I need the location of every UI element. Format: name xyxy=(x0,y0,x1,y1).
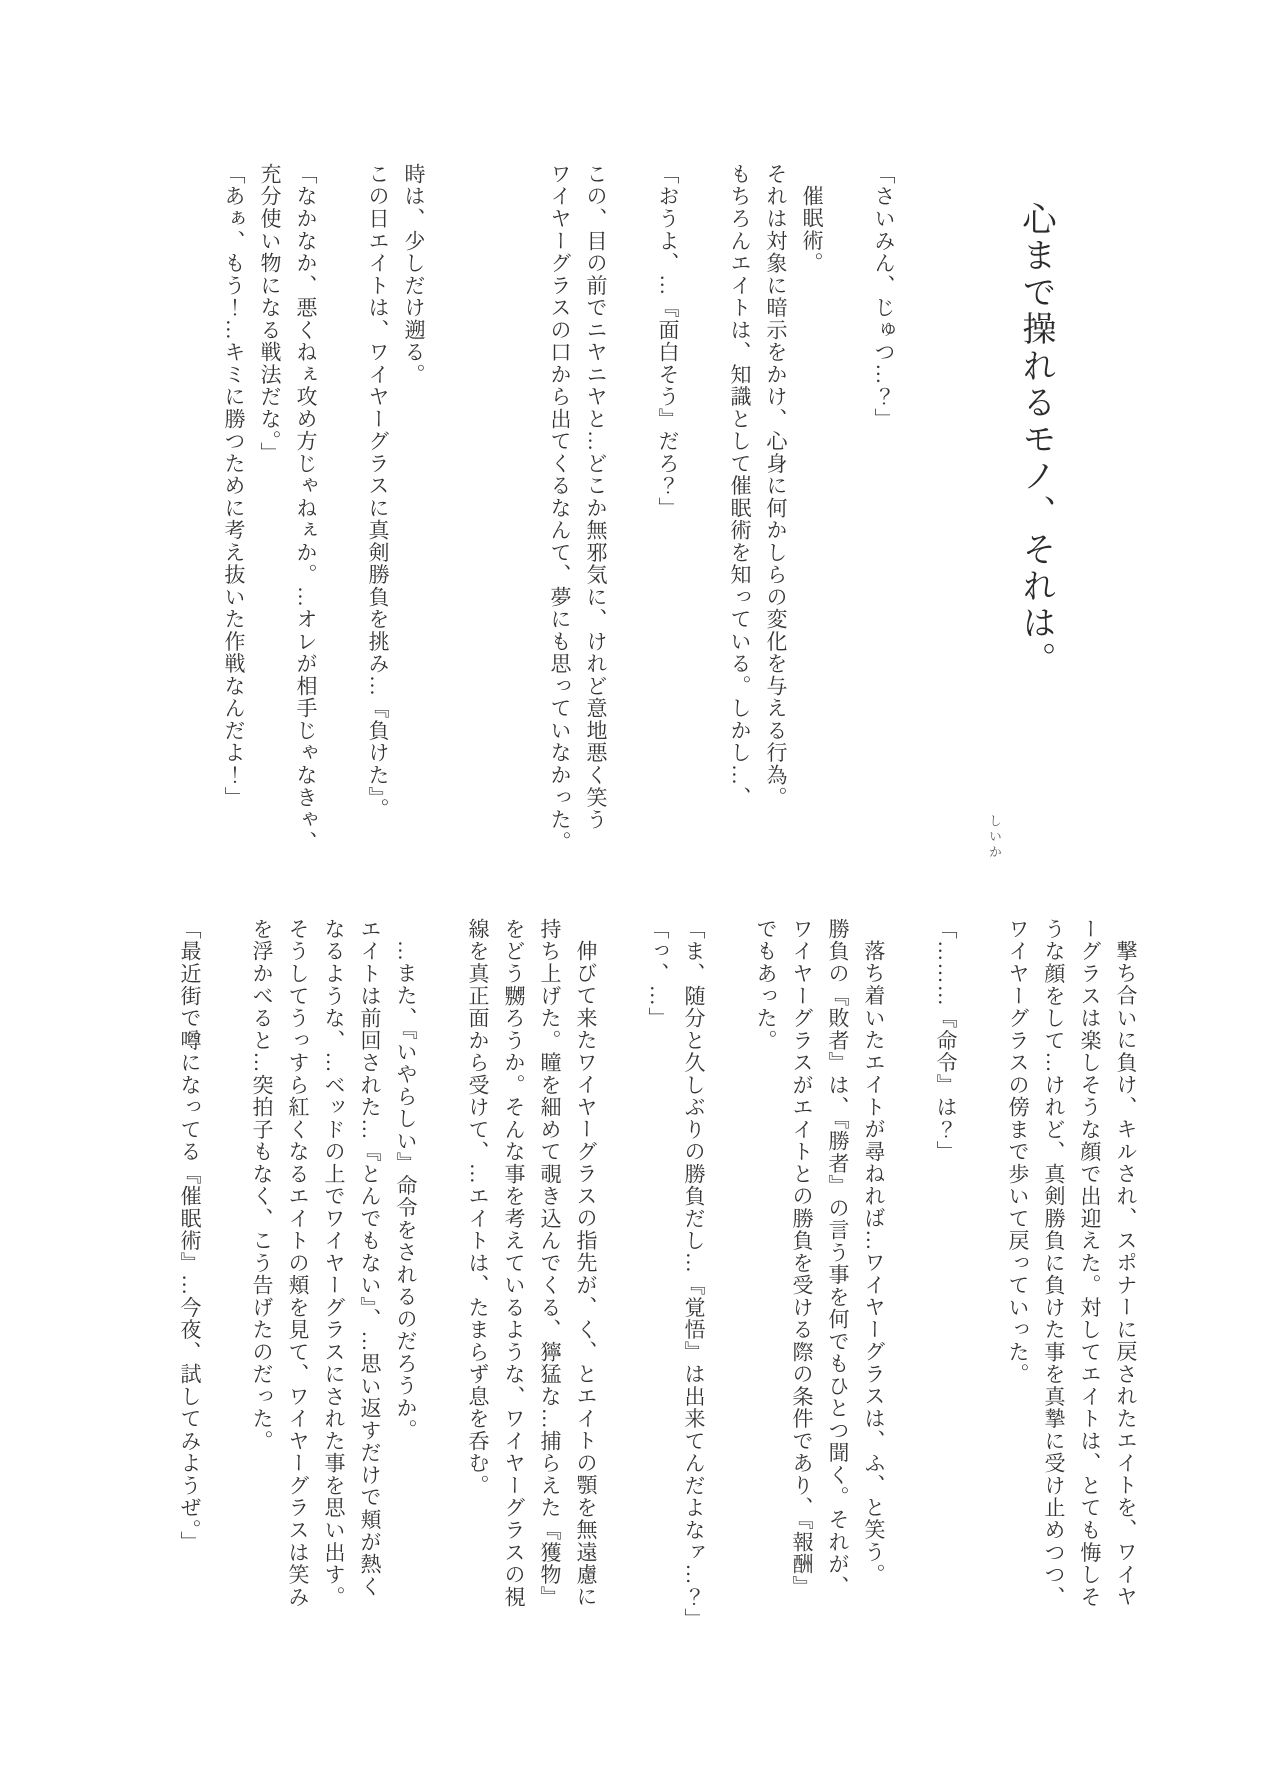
text-column: 時は、少しだけ遡る。 xyxy=(396,163,432,875)
text-column: エイトは前回された…『とんでもない』、…思い返すだけで頬が熱く xyxy=(352,918,388,1666)
novel-page: { "colors": { "background": "#ffffff", "… xyxy=(0,0,1280,1784)
text-column: でもあった。 xyxy=(748,918,784,1666)
text-column: 「さいみん、じゅつ…？」 xyxy=(866,163,902,875)
text-column: 「ま、随分と久しぶりの勝負だし…『覚悟』は出来てんだよなァ…？」 xyxy=(676,918,712,1666)
text-column: それは対象に暗示をかけ、心身に何かしらの変化を与える行為。 xyxy=(758,163,794,875)
text-column: 持ち上げた。瞳を細めて覗き込んでくる、獰猛な…捕らえた『獲物』 xyxy=(532,918,568,1666)
story-title: 心まで操れるモノ、それは。 xyxy=(1012,163,1058,875)
text-column: 勝負の『敗者』は、『勝者』の言う事を何でもひとつ聞く。それが、 xyxy=(820,918,856,1666)
text-column: そうしてうっすら紅くなるエイトの頬を見て、ワイヤーグラスは笑み xyxy=(280,918,316,1666)
text-column: 落ち着いたエイトが尋ねれば…ワイヤーグラスは、ふ、と笑う。 xyxy=(856,918,892,1666)
text-column: うな顔をして…けれど、真剣勝負に負けた事を真摯に受け止めつつ、 xyxy=(1036,918,1072,1666)
text-column: 「あぁ、もう！…キミに勝つために考え抜いた作戦なんだよ！」 xyxy=(216,163,252,875)
text-column: …また、『いやらしい』命令をされるのだろうか。 xyxy=(388,918,424,1666)
text-column: 「っ、…」 xyxy=(640,918,676,1666)
text-column: 催眠術。 xyxy=(794,163,830,875)
lower-text-block: 撃ち合いに負け、キルされ、スポナーに戻されたエイトを、ワイヤ ーグラスは楽しそう… xyxy=(172,918,1144,1666)
text-column: なるような、…ベッドの上でワイヤーグラスにされた事を思い出す。 xyxy=(316,918,352,1666)
text-column: 充分使い物になる戦法だな。」 xyxy=(252,163,288,875)
text-column: 「最近街で噂になってる『催眠術』…今夜、試してみようぜ。」 xyxy=(172,918,208,1666)
text-column: 撃ち合いに負け、キルされ、スポナーに戻されたエイトを、ワイヤ xyxy=(1108,918,1144,1666)
text-column: もちろんエイトは、知識として催眠術を知っている。しかし…、 xyxy=(722,163,758,875)
text-column: 「なかなか、悪くねぇ攻め方じゃねぇか。…オレが相手じゃなきゃ、 xyxy=(288,163,324,875)
margin-note: しいか xyxy=(985,814,1004,861)
text-column: ワイヤーグラスがエイトとの勝負を受ける際の条件であり、『報酬』 xyxy=(784,918,820,1666)
text-column: ワイヤーグラスの口から出てくるなんて、夢にも思っていなかった。 xyxy=(542,163,578,875)
text-column: この、目の前でニヤニヤと…どこか無邪気に、けれど意地悪く笑う xyxy=(578,163,614,875)
text-column: 線を真正面から受けて、…エイトは、たまらず息を呑む。 xyxy=(460,918,496,1666)
text-column: をどう嬲ろうか。そんな事を考えているような、ワイヤーグラスの視 xyxy=(496,918,532,1666)
text-column: 「………『命令』は？」 xyxy=(928,918,964,1666)
text-column: ーグラスは楽しそうな顔で出迎えた。対してエイトは、とても悔しそ xyxy=(1072,918,1108,1666)
upper-text-block: 心まで操れるモノ、それは。 「さいみん、じゅつ…？」 催眠術。 それは対象に暗示… xyxy=(216,163,1058,875)
text-column: この日エイトは、ワイヤーグラスに真剣勝負を挑み…『負けた』。 xyxy=(360,163,396,875)
text-column: 「おうよ、…『面白そう』だろ？」 xyxy=(650,163,686,875)
text-column: を浮かべると…突拍子もなく、こう告げたのだった。 xyxy=(244,918,280,1666)
text-column: ワイヤーグラスの傍まで歩いて戻っていった。 xyxy=(1000,918,1036,1666)
text-column: 伸びて来たワイヤーグラスの指先が、く、とエイトの顎を無遠慮に xyxy=(568,918,604,1666)
